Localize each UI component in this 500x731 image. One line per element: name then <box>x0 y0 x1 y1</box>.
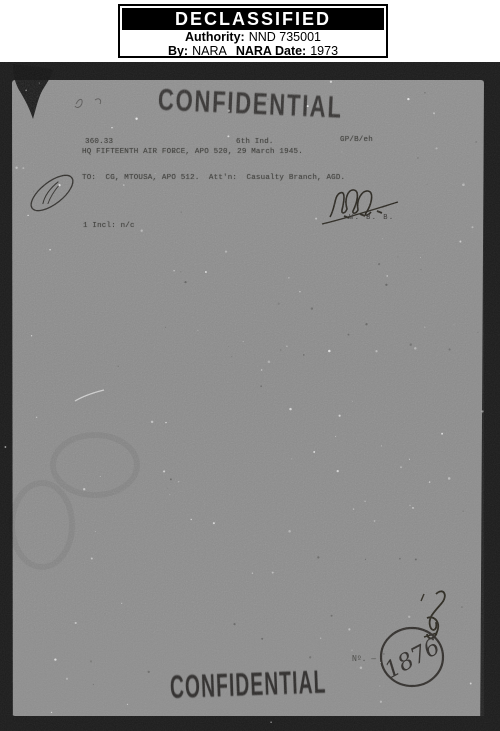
to-address-line: TO: CG, MTOUSA, APO 512. Att'n: Casualty… <box>82 174 345 182</box>
declassification-stamp: DECLASSIFIED Authority:NND 735001 By:NAR… <box>118 4 388 58</box>
by-date-line: By:NARANARA Date:1973 <box>122 44 384 58</box>
declassification-header: DECLASSIFIED Authority:NND 735001 By:NAR… <box>0 0 500 62</box>
authority-line: Authority:NND 735001 <box>122 30 384 44</box>
inclosure-line: 1 Incl: n/c <box>83 222 135 230</box>
declassified-title: DECLASSIFIED <box>122 8 384 30</box>
indorsement-number: 6th Ind. <box>236 138 274 146</box>
office-symbol: GP/B/eh <box>340 136 373 144</box>
nara-date-label: NARA Date: <box>236 44 306 58</box>
scanned-document-page: DECLASSIFIED Authority:NND 735001 By:NAR… <box>0 0 500 731</box>
file-number: 360.33 <box>85 138 113 146</box>
headquarters-line: HQ FIFTEENTH AIR FORCE, APO 520, 29 Marc… <box>82 148 303 156</box>
by-value: NARA <box>192 44 227 58</box>
confidential-stamp-bottom: CONFIDENTIAL <box>169 663 327 707</box>
by-label: By: <box>168 44 188 58</box>
authority-value: NND 735001 <box>249 30 321 44</box>
nara-date-value: 1973 <box>310 44 338 58</box>
authority-label: Authority: <box>185 30 245 44</box>
